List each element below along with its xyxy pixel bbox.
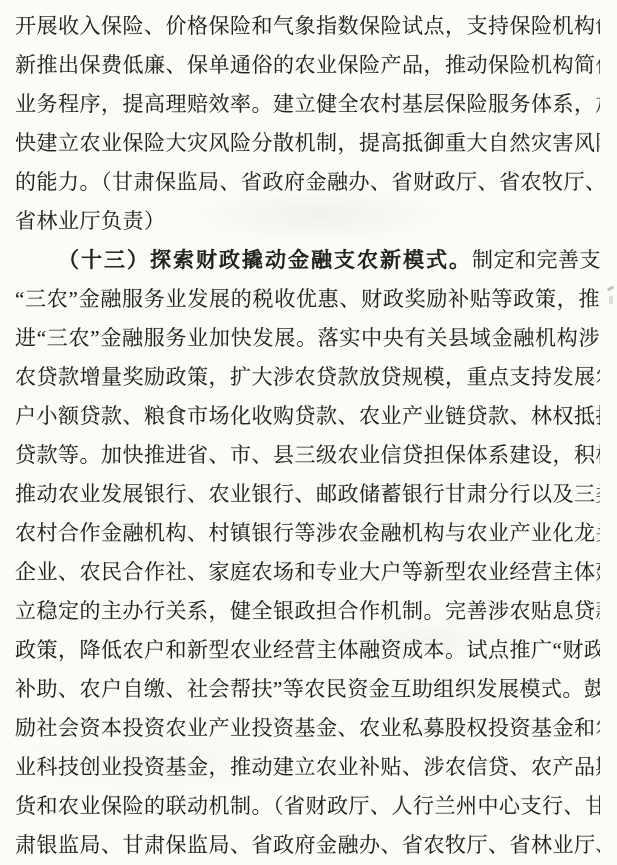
scan-artifact [607,285,615,291]
text-line: 贷款等。加快推进省、市、县三级农业信贷担保体系建设，积极 [15,436,600,475]
text-line: 进“三农”金融服务业加快发展。落实中央有关县域金融机构涉 [15,319,600,358]
text-line: 励社会资本投资农业产业投资基金、农业私募股权投资基金和农 [15,709,600,748]
text-line: 业科技创业投资基金，推动建立农业补贴、涉农信贷、农产品期 [15,748,600,787]
text-line: 快建立农业保险大灾风险分散机制，提高抵御重大自然灾害风险 [15,124,600,163]
document-page: 开展收入保险、价格保险和气象指数保险试点，支持保险机构创 新推出保费低廉、保单通… [0,0,617,865]
text-line: 户小额贷款、粮食市场化收购贷款、农业产业链贷款、林权抵押 [15,397,600,436]
text-line: 开展收入保险、价格保险和气象指数保险试点，支持保险机构创 [15,7,600,46]
paragraph-item-13: （十三）探索财政撬动金融支农新模式。制定和完善支持 “三农”金融服务业发展的税收… [15,241,600,865]
text-line: 推动农业发展银行、农业银行、邮政储蓄银行甘肃分行以及三类 [15,475,600,514]
text-line: 农村合作金融机构、村镇银行等涉农金融机构与农业产业化龙头 [15,514,600,553]
text-line: 政策，降低农户和新型农业经营主体融资成本。试点推广“财政 [15,631,600,670]
text-line: 立稳定的主办行关系，健全银政担合作机制。完善涉农贴息贷款 [15,592,600,631]
paragraph-insurance: 开展收入保险、价格保险和气象指数保险试点，支持保险机构创 新推出保费低廉、保单通… [15,7,600,241]
text-line: 肃银监局、甘肃保监局、省政府金融办、省农牧厅、省林业厅、 [15,826,600,865]
text-line: （十三）探索财政撬动金融支农新模式。制定和完善支持 [15,241,600,280]
text-line: 农贷款增量奖励政策，扩大涉农贷款放贷规模，重点支持发展农 [15,358,600,397]
text-line: “三农”金融服务业发展的税收优惠、财政奖励补贴等政策，推 [15,280,600,319]
scanned-document-page: { "page": { "background_color": "#fbfbf8… [0,0,617,865]
text-line: 新推出保费低廉、保单通俗的农业保险产品，推动保险机构简化 [15,46,600,85]
text-line: 省林业厅负责） [15,202,600,241]
text-line: 业务程序，提高理赔效率。建立健全农村基层保险服务体系，加 [15,85,600,124]
text-line: 企业、农民合作社、家庭农场和专业大户等新型农业经营主体建 [15,553,600,592]
text-line: 的能力。（甘肃保监局、省政府金融办、省财政厅、省农牧厅、 [15,163,600,202]
heading-line-rest: 制定和完善支持 [472,248,600,272]
section-heading: （十三）探索财政撬动金融支农新模式。 [58,248,472,272]
scan-artifact [609,296,613,304]
text-line: 货和农业保险的联动机制。（省财政厅、人行兰州中心支行、甘 [15,787,600,826]
text-line: 补助、农户自缴、社会帮扶”等农民资金互助组织发展模式。鼓 [15,670,600,709]
